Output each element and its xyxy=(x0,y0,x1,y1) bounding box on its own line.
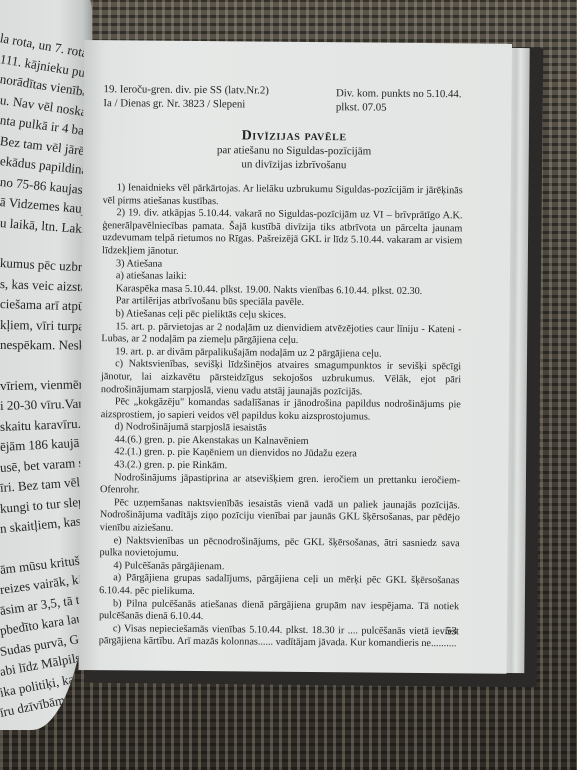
title-block: Divīzijas pavēle par atiešanu no Sigulda… xyxy=(103,126,485,173)
paragraph: c) Visas nepieciešamās vienības 5.10.44.… xyxy=(99,623,459,651)
left-page-line: kļiem, vīri turpat gu xyxy=(0,315,92,337)
paragraph: c) Naktsvienības, sevišķi līdzšinējos at… xyxy=(101,358,461,399)
right-page: 19. Ieroču-gren. div. pie SS (latv.Nr.2)… xyxy=(79,40,512,674)
document-subtitle-2: un divīzijas izbrīvošanu xyxy=(103,157,485,174)
paragraph: e) Naktsvienības un pēcnodrošinājums, pē… xyxy=(99,535,459,563)
reference-line: Ia / Dienas gr. Nr. 3823 / Slepeni xyxy=(103,96,268,111)
unit-line: 19. Ieroču-gren. div. pie SS (latv.Nr.2) xyxy=(104,82,269,97)
paragraph: 2) 19. div. atkāpjas 5.10.44. vakarā no … xyxy=(102,207,462,261)
left-page-line: ciešama arī atpūta, u xyxy=(0,294,92,318)
document-body: 1) Ienaidnieks vēl pārkārtojas. Ar lielā… xyxy=(99,182,485,651)
paragraph: 1) Ienaidnieks vēl pārkārtojas. Ar lielā… xyxy=(103,182,463,210)
left-page-line xyxy=(0,355,92,376)
location-line: Div. kom. punkts no 5.10.44. xyxy=(336,86,462,101)
paragraph: Pēc uzņemšanas naktsvienībās iesaistās v… xyxy=(100,497,460,538)
paragraph: Pēc „kokgāzēju" komandas sadalīšanas ir … xyxy=(101,396,461,424)
paragraph: Nodrošinājums jāpastiprina ar atsevišķie… xyxy=(100,472,460,500)
time-line: plkst. 07.05 xyxy=(336,100,462,115)
page-number: 53 xyxy=(446,625,457,637)
paragraph: a) Pārgājiena grupas sadalījums, pārgāji… xyxy=(99,573,459,601)
paragraph: 15. art. p. pārvietojas ar 2 nodaļām uz … xyxy=(101,321,461,349)
left-page-line: nespēkam. Neskatot xyxy=(0,335,92,356)
paragraph: b) Pilna pulcēšanās atiešanas dienā pārg… xyxy=(99,598,459,626)
left-page-line: vīriem, vienmēr stra xyxy=(0,374,92,396)
document-header: 19. Ieroču-gren. div. pie SS (latv.Nr.2)… xyxy=(103,82,485,115)
